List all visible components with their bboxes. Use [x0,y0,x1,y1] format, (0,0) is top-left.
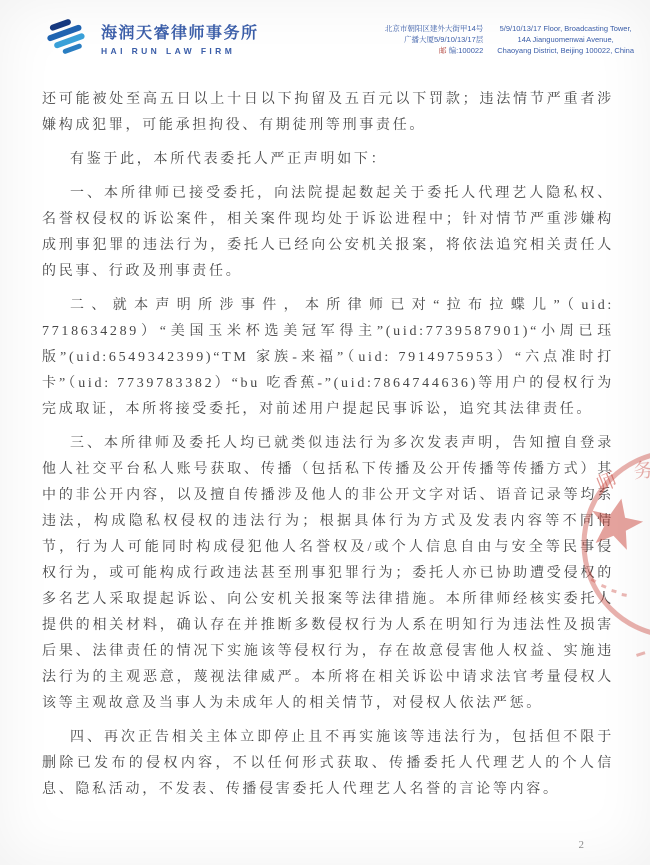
letterhead: 海润天睿律师事务所 HAI RUN LAW FIRM 北京市朝阳区建外大街甲14… [44,16,634,58]
address-chinese: 北京市朝阳区建外大街甲14号 广播大厦5/9/10/13/17层 邮 编:100… [385,23,483,56]
address-zh-postal: 邮 编:100022 [385,45,483,56]
postal-rest: 编:100022 [447,46,484,55]
firm-names: 海润天睿律师事务所 HAI RUN LAW FIRM [101,18,259,56]
address-zh-line2: 广播大厦5/9/10/13/17层 [385,34,483,45]
paragraph-continuation: 还可能被处至高五日以上十日以下拘留及五百元以下罚款；违法情节严重者涉嫌构成犯罪，… [42,87,614,139]
address-zh-line1: 北京市朝阳区建外大街甲14号 [385,23,483,34]
address-en-line2: 14A Jianguomenwai Avenue, [497,34,634,45]
postal-prefix: 邮 [439,46,447,55]
paragraph-item-4: 四、再次正告相关主体立即停止且不再实施该等违法行为，包括但不限于删除已发布的侵权… [42,725,614,803]
address-english: 5/9/10/13/17 Floor, Broadcasting Tower, … [497,23,634,56]
seal-char-2: 务 [633,459,650,483]
address-en-line1: 5/9/10/13/17 Floor, Broadcasting Tower, [497,23,634,34]
letterhead-addresses: 北京市朝阳区建外大街甲14号 广播大厦5/9/10/13/17层 邮 编:100… [385,23,634,56]
law-firm-logo-icon [44,16,92,58]
law-firm-logo: 海润天睿律师事务所 HAI RUN LAW FIRM [44,16,259,58]
page-number: 2 [579,839,585,851]
firm-name-zh: 海润天睿律师事务所 [101,20,259,43]
firm-name-en: HAI RUN LAW FIRM [101,46,259,56]
paragraph-item-3: 三、本所律师及委托人均已就类似违法行为多次发表声明，告知擅自登录他人社交平台私人… [42,431,614,717]
paragraph-intro: 有鉴于此，本所代表委托人严正声明如下： [42,147,614,173]
document-page: 海润天睿律师事务所 HAI RUN LAW FIRM 北京市朝阳区建外大街甲14… [0,0,650,865]
paragraph-item-1: 一、本所律师已接受委托，向法院提起数起关于委托人代理艺人隐私权、名誉权侵权的诉讼… [42,181,614,285]
document-body: 还可能被处至高五日以上十日以下拘留及五百元以下罚款；违法情节严重者涉嫌构成犯罪，… [42,87,614,811]
address-en-line3: Chaoyang District, Beijing 100022, China [497,45,634,56]
paragraph-item-2: 二、就本声明所涉事件，本所律师已对“拉布拉蝶儿”（uid: 7718634289… [42,293,614,423]
